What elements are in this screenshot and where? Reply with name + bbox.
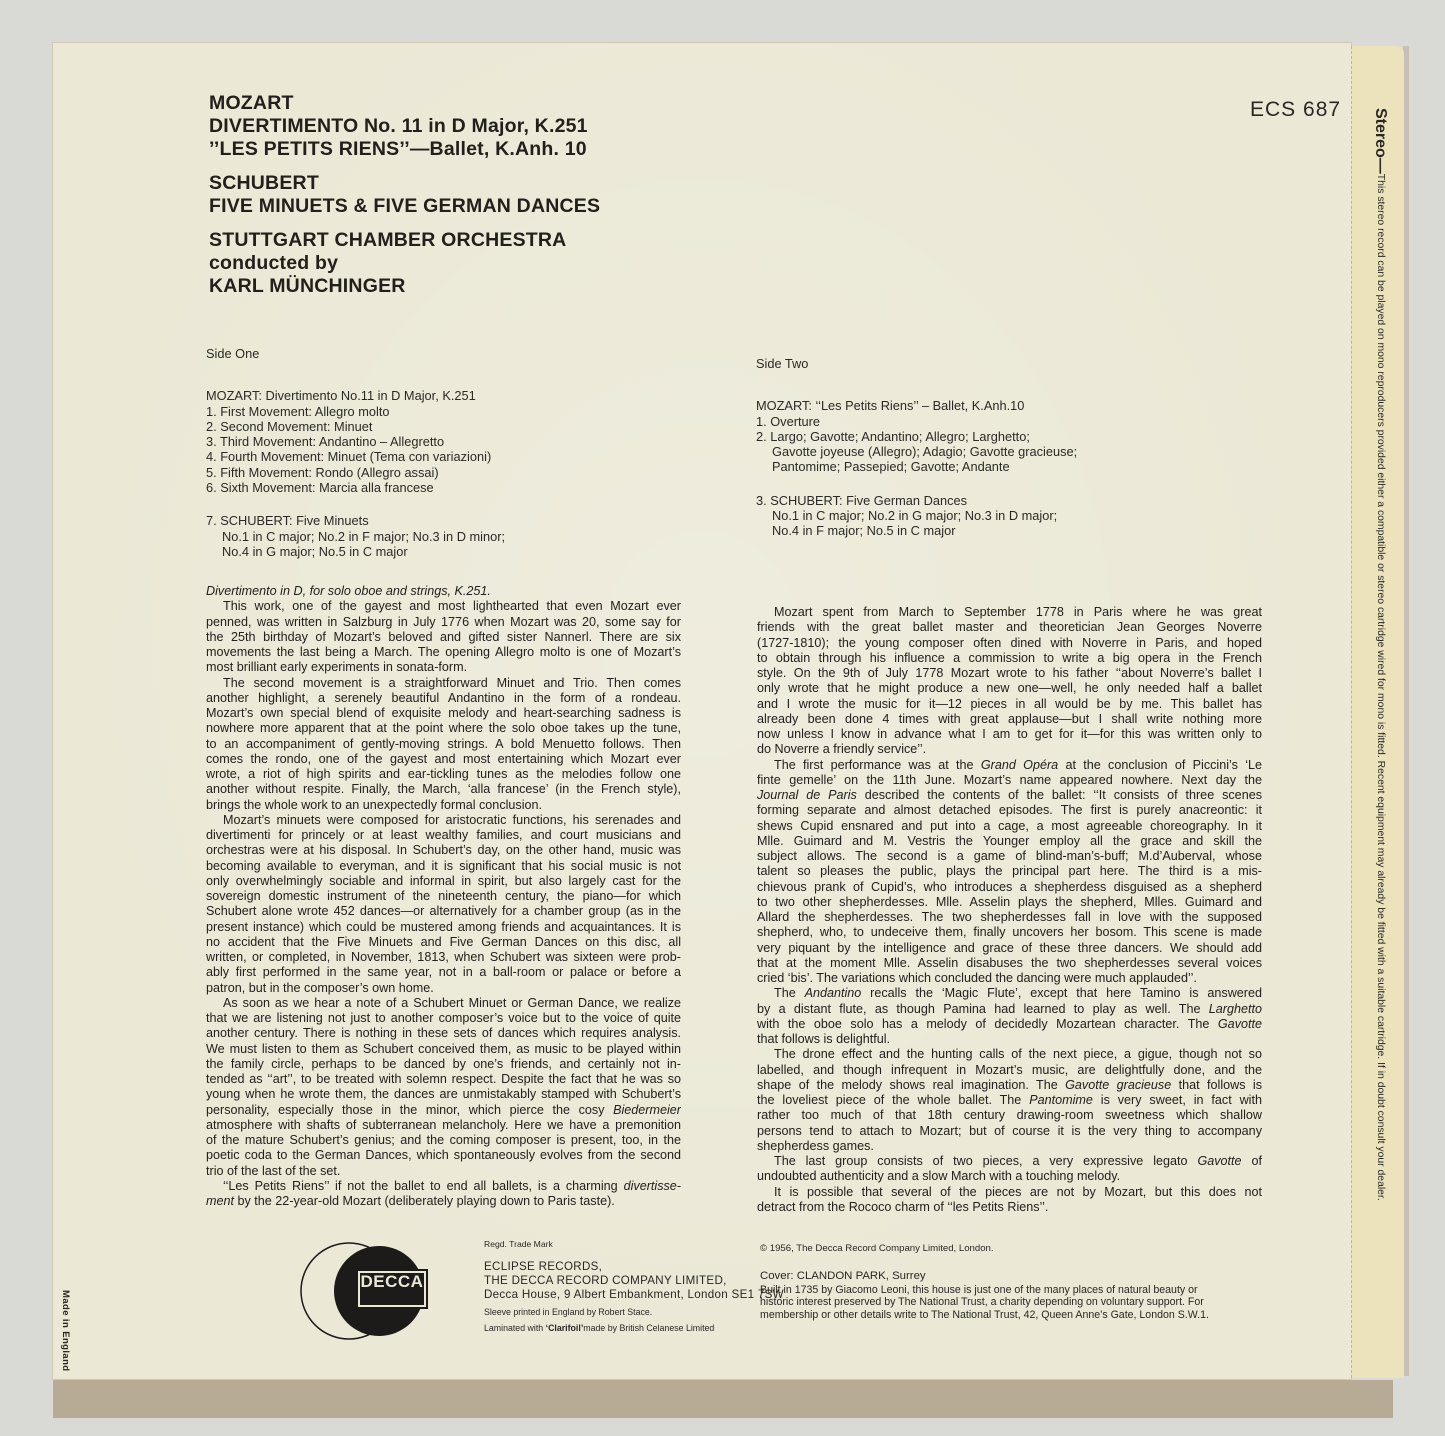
notes-line: the family circle, perhaps to be danced … — [206, 1057, 681, 1072]
notes-line: comes the rondo, one of the gayest and m… — [206, 752, 681, 767]
notes-line: ment by the 22-year-old Mozart (delibera… — [206, 1194, 681, 1209]
notes-line: that at the moment Mlle. Asselin disabus… — [757, 956, 1262, 971]
track-detail: No.4 in G major; No.5 in C major — [206, 544, 505, 559]
notes-line: to an accompaniment of gently-moving str… — [206, 737, 681, 752]
notes-line: only overwhelmingly sociable and informa… — [206, 874, 681, 889]
notes-line: shews Cupid ensnared and put into a cage… — [757, 819, 1262, 834]
company-line: THE DECCA RECORD COMPANY LIMITED, — [484, 1274, 784, 1288]
company-line: ECLIPSE RECORDS, — [484, 1260, 784, 1274]
printer-credit: Sleeve printed in England by Robert Stac… — [484, 1307, 784, 1317]
notes-line: (1727-1810); the young composer often di… — [757, 636, 1262, 651]
notes-line: forming separate and almost detached epi… — [757, 803, 1262, 818]
notes-line: The second movement is a straightforward… — [206, 676, 681, 691]
notes-line: Journal de Paris described the contents … — [757, 788, 1262, 803]
cover-line: Built in 1735 by Giacomo Leoni, this hou… — [760, 1284, 1209, 1297]
company-info: Regd. Trade Mark ECLIPSE RECORDS, THE DE… — [484, 1239, 784, 1333]
notes-line: friends with the great ballet master and… — [757, 620, 1262, 635]
notes-line: becoming available to everyman, and it i… — [206, 859, 681, 874]
track-item: 3. Third Movement: Andantino – Allegrett… — [206, 434, 505, 449]
catalog-number: ECS 687 — [1250, 98, 1341, 122]
notes-line: orchestras were at his disposal. In Schu… — [206, 843, 681, 858]
notes-line: wrote, a riot of high spirits and ear-ti… — [206, 767, 681, 782]
liner-notes-right: Mozart spent from March to September 177… — [757, 605, 1262, 1215]
side-two-heading: Side Two — [756, 356, 1077, 371]
track-detail: No.1 in C major; No.2 in F major; No.3 i… — [206, 529, 505, 544]
notes-line: Allard the shepherdesses. The two shephe… — [757, 910, 1262, 925]
notes-line: Mozart’s minuets were composed for arist… — [206, 813, 681, 828]
notes-line: talent so pleases the public, plays the … — [757, 864, 1262, 879]
notes-line: The drone effect and the hunting calls o… — [757, 1047, 1262, 1062]
notes-line: As soon as we hear a note of a Schubert … — [206, 996, 681, 1011]
notes-line: another highlight, a serenely beautiful … — [206, 691, 681, 706]
notes-line: patron, but in the composer’s own home. — [206, 981, 681, 996]
notes-line: tended as ‘‘art’’, to be treated with so… — [206, 1072, 681, 1087]
notes-line: persons tend to attach to Mozart; but of… — [757, 1124, 1262, 1139]
notes-line: movements the last being a March. The op… — [206, 645, 681, 660]
orchestra: STUTTGART CHAMBER ORCHESTRA — [209, 229, 600, 252]
made-in-england: Made in England — [60, 1290, 71, 1371]
track-detail: Pantomime; Passepied; Gavotte; Andante — [756, 459, 1077, 474]
notes-line: of the mature Schubert’s genius; and the… — [206, 1133, 681, 1148]
notes-line: Schubert alone wrote 452 dances—or alter… — [206, 904, 681, 919]
notes-line: rather too much of that 18th century dra… — [757, 1108, 1262, 1123]
work-les-petits-riens: ’’LES PETITS RIENS’’—Ballet, K.Anh. 10 — [209, 138, 600, 161]
composer-mozart: MOZART — [209, 92, 600, 115]
notes-line: Mozart spent from March to September 177… — [757, 605, 1262, 620]
cover-line: historic interest preserved by The Natio… — [760, 1296, 1209, 1309]
notes-line: chievous prank of Cupid’s, who introduce… — [757, 880, 1262, 895]
notes-line: present instance) which could be mustere… — [206, 920, 681, 935]
notes-line: shepherd, who, to undeceive them, finall… — [757, 925, 1262, 940]
composer-schubert: SCHUBERT — [209, 172, 600, 195]
track-item: 1. First Movement: Allegro molto — [206, 404, 505, 419]
notes-line: The last group consists of two pieces, a… — [757, 1154, 1262, 1169]
album-title-block: MOZART DIVERTIMENTO No. 11 in D Major, K… — [209, 92, 600, 298]
notes-line: ‘‘Les Petits Riens’’ if not the ballet t… — [206, 1179, 681, 1194]
notes-line: Divertimento in D, for solo oboe and str… — [206, 584, 681, 599]
track-detail: Gavotte joyeuse (Allegro); Adagio; Gavot… — [756, 444, 1077, 459]
decca-wordmark: DECCA — [356, 1272, 428, 1292]
notes-line: already been done 4 times with great app… — [757, 712, 1262, 727]
conductor: KARL MÜNCHINGER — [209, 275, 600, 298]
spine-stereo-notice: Stereo—This stereo record can be played … — [1371, 108, 1389, 1201]
notes-line: subject allows. The second is a game of … — [757, 849, 1262, 864]
notes-line: detract from the Rococo charm of ‘‘les P… — [757, 1200, 1262, 1215]
cover-credit: Cover: CLANDON PARK, Surrey Built in 173… — [760, 1270, 1209, 1321]
work-divertimento: DIVERTIMENTO No. 11 in D Major, K.251 — [209, 115, 600, 138]
side-two-tracklist: Side Two MOZART: ‘‘Les Petits Riens’’ – … — [756, 356, 1077, 539]
track-item: 6. Sixth Movement: Marcia alla francese — [206, 480, 505, 495]
track-item: 5. Fifth Movement: Rondo (Allegro assai) — [206, 465, 505, 480]
notes-line: nowhere more apparent that at the point … — [206, 721, 681, 736]
sleeve-bottom-flap — [53, 1380, 1393, 1418]
notes-line: Mlle. Guimard and M. Vestris the Younger… — [757, 834, 1262, 849]
track-detail: No.4 in F major; No.5 in C major — [756, 523, 1077, 538]
track-detail: No.1 in C major; No.2 in G major; No.3 i… — [756, 508, 1077, 523]
notes-line: It is possible that several of the piece… — [757, 1185, 1262, 1200]
copyright-notice: © 1956, The Decca Record Company Limited… — [760, 1243, 994, 1254]
notes-line: the loveliest piece of the whole ballet.… — [757, 1093, 1262, 1108]
notes-line: This work, one of the gayest and most li… — [206, 599, 681, 614]
cover-title: Cover: CLANDON PARK, Surrey — [760, 1270, 1209, 1283]
notes-line: personality, especially those in the min… — [206, 1103, 681, 1118]
side-two-work: MOZART: ‘‘Les Petits Riens’’ – Ballet, K… — [756, 398, 1077, 413]
track-item: 2. Largo; Gavotte; Andantino; Allegro; L… — [756, 429, 1077, 444]
notes-line: and I wrote the music for it—12 pieces i… — [757, 697, 1262, 712]
notes-line: another without respite. Finally, the Ma… — [206, 782, 681, 797]
stereo-label: Stereo— — [1372, 108, 1389, 174]
notes-line: We must listen to them as Schubert conce… — [206, 1042, 681, 1057]
side-one-heading: Side One — [206, 346, 505, 361]
conducted-by: conducted by — [209, 252, 600, 275]
notes-line: cried ‘bis’. The variations which conclu… — [757, 971, 1262, 986]
notes-line: labelled, and though infrequent in Mozar… — [757, 1063, 1262, 1078]
company-address: Decca House, 9 Albert Embankment, London… — [484, 1288, 784, 1302]
notes-line: that we are listening not just to anothe… — [206, 1011, 681, 1026]
notes-line: only wrote that he might produce a new o… — [757, 681, 1262, 696]
notes-line: very piquant by the intelligence and gra… — [757, 941, 1262, 956]
notes-line: The Andantino recalls the ‘Magic Flute’,… — [757, 986, 1262, 1001]
notes-line: style. On the 9th of July 1778 Mozart wr… — [757, 666, 1262, 681]
cover-line: membership or other details write to The… — [760, 1309, 1209, 1322]
stereo-notice-text: This stereo record can be played on mono… — [1375, 174, 1386, 1201]
notes-line: shape of the melody shows real imaginati… — [757, 1078, 1262, 1093]
notes-line: trio of the last of the set. — [206, 1164, 681, 1179]
notes-line: Mozart’s own special blend of exquisite … — [206, 706, 681, 721]
track-item: 3. SCHUBERT: Five German Dances — [756, 493, 1077, 508]
track-item: 2. Second Movement: Minuet — [206, 419, 505, 434]
notes-line: written, or completed, in November, 1813… — [206, 950, 681, 965]
notes-line: no accident that the Five Minuets and Fi… — [206, 935, 681, 950]
notes-line: finte gemelle’ on the 11th June. Mozart’… — [757, 773, 1262, 788]
notes-line: undoubted authenticity and a slow March … — [757, 1169, 1262, 1184]
side-one-tracklist: Side One MOZART: Divertimento No.11 in D… — [206, 346, 505, 559]
notes-line: by a distant flute, as though Pamina had… — [757, 1002, 1262, 1017]
notes-line: another century. There is nothing in the… — [206, 1026, 681, 1041]
notes-line: the 25th birthday of Mozart’s beloved an… — [206, 630, 681, 645]
notes-line: now unless I know in advance what I am t… — [757, 727, 1262, 742]
notes-line: sovereign domestic instrument of the nin… — [206, 889, 681, 904]
notes-line: brings the whole work to an unexpectedly… — [206, 798, 681, 813]
notes-line: with the oboe solo has a melody of decid… — [757, 1017, 1262, 1032]
liner-notes-left: Divertimento in D, for solo oboe and str… — [206, 584, 681, 1209]
work-minuets-dances: FIVE MINUETS & FIVE GERMAN DANCES — [209, 195, 600, 218]
notes-line: atmosphere with shafts of subterranean m… — [206, 1118, 681, 1133]
trade-mark: Regd. Trade Mark — [484, 1239, 784, 1249]
notes-line: penned, was written in Salzburg in July … — [206, 615, 681, 630]
notes-line: The first performance was at the Grand O… — [757, 758, 1262, 773]
notes-line: to obtain through his influence a commis… — [757, 651, 1262, 666]
notes-line: shepherdess games. — [757, 1139, 1262, 1154]
notes-line: poetic coda to the German Dances, which … — [206, 1148, 681, 1163]
notes-line: that follows is delightful. — [757, 1032, 1262, 1047]
notes-line: young when he wrote them, the dances are… — [206, 1087, 681, 1102]
track-item: 1. Overture — [756, 414, 1077, 429]
track-item: 4. Fourth Movement: Minuet (Tema con var… — [206, 449, 505, 464]
track-item: 7. SCHUBERT: Five Minuets — [206, 513, 505, 528]
notes-line: most brilliant early experiments in sona… — [206, 660, 681, 675]
notes-line: divertimenti for princely or at least we… — [206, 828, 681, 843]
side-one-work: MOZART: Divertimento No.11 in D Major, K… — [206, 388, 505, 403]
notes-line: do Noverre a friendly service’’. — [757, 742, 1262, 757]
notes-line: ably first performed in the same year, n… — [206, 965, 681, 980]
lamination-credit: Laminated with ‘Clarifoil’made by Britis… — [484, 1323, 784, 1333]
notes-line: to two other shepherdesses. Mlle. Asseli… — [757, 895, 1262, 910]
